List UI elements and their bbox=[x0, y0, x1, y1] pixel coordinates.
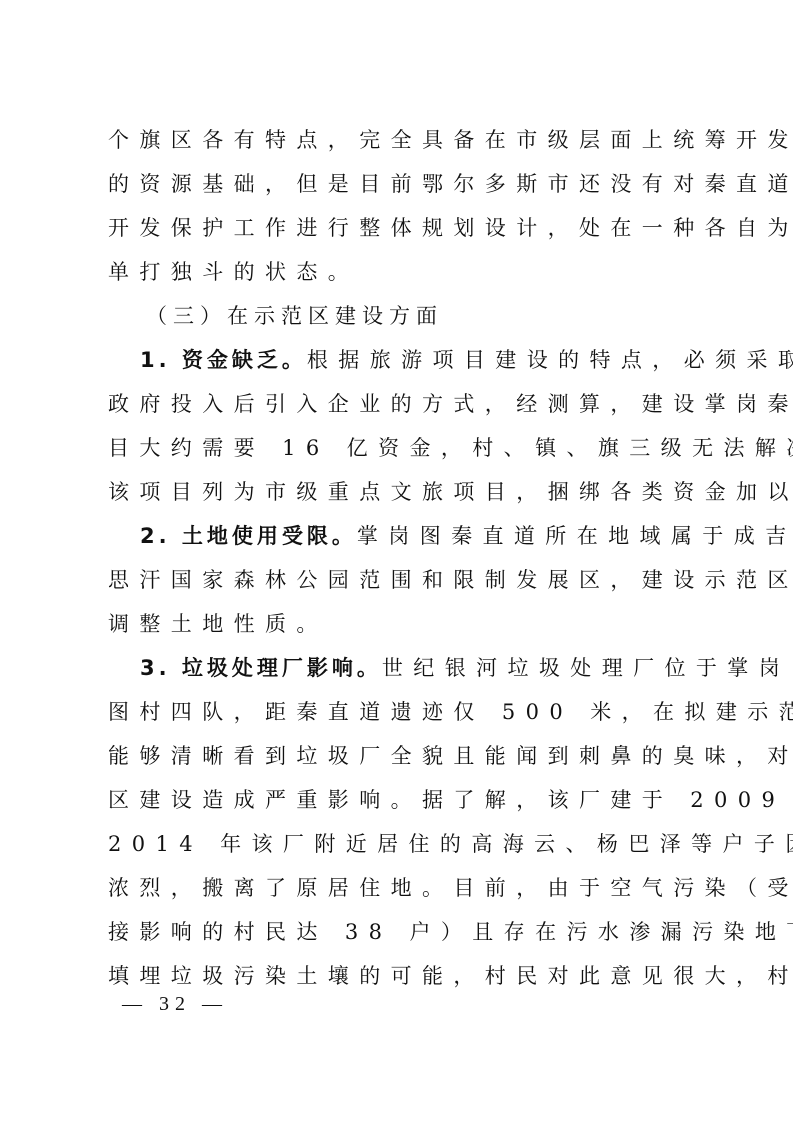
paragraph-line: 接影响的村民达 38 户）且存在污水渗漏污染地下水、 bbox=[108, 916, 692, 948]
paragraph-line: 图村四队，距秦直道遗迹仅 500 米，在拟建示范区地域 bbox=[108, 696, 692, 728]
section-heading: （三）在示范区建设方面 bbox=[146, 300, 443, 332]
item-2-first-line: 2. 土地使用受限。掌岗图秦直道所在地域属于成吉 bbox=[140, 520, 692, 552]
paragraph-line: 开发保护工作进行整体规划设计，处在一种各自为政、 bbox=[108, 212, 692, 244]
paragraph-line: 区建设造成严重影响。据了解，该厂建于 2009 年， bbox=[108, 784, 692, 816]
page-number: — 32 — bbox=[122, 990, 228, 1018]
item-3-text: 世纪银河垃圾处理厂位于掌岗 bbox=[382, 656, 790, 680]
paragraph-line: 政府投入后引入企业的方式，经测算，建设掌岗秦直道项 bbox=[108, 388, 692, 420]
paragraph-line: 单打独斗的状态。 bbox=[108, 256, 692, 288]
paragraph-line: 思汗国家森林公园范围和限制发展区，建设示范区需要 bbox=[108, 564, 692, 596]
item-1-first-line: 1. 资金缺乏。根据旅游项目建设的特点，必须采取先 bbox=[140, 344, 692, 376]
document-page: 个旗区各有特点，完全具备在市级层面上统筹开发建设 的资源基础，但是目前鄂尔多斯市… bbox=[0, 0, 793, 1123]
paragraph-line: 的资源基础，但是目前鄂尔多斯市还没有对秦直道遗址 bbox=[108, 168, 692, 200]
paragraph-line: 个旗区各有特点，完全具备在市级层面上统筹开发建设 bbox=[108, 124, 692, 156]
item-2-title: 2. 土地使用受限。 bbox=[140, 524, 357, 548]
item-1-title: 1. 资金缺乏。 bbox=[140, 348, 307, 372]
item-3-title: 3. 垃圾处理厂影响。 bbox=[140, 656, 382, 680]
item-3-first-line: 3. 垃圾处理厂影响。世纪银河垃圾处理厂位于掌岗 bbox=[140, 652, 692, 684]
paragraph-line: 能够清晰看到垃圾厂全貌且能闻到刺鼻的臭味，对示范 bbox=[108, 740, 692, 772]
paragraph-line: 该项目列为市级重点文旅项目，捆绑各类资金加以实施。 bbox=[108, 476, 692, 508]
paragraph-line: 调整土地性质。 bbox=[108, 608, 692, 640]
item-2-text: 掌岗图秦直道所在地域属于成吉 bbox=[357, 524, 793, 548]
paragraph-line: 目大约需要 16 亿资金，村、镇、旗三级无法解决，建议将 bbox=[108, 432, 692, 464]
paragraph-line: 2014 年该厂附近居住的高海云、杨巴泽等户子因为臭味 bbox=[108, 828, 692, 860]
paragraph-line: 浓烈，搬离了原居住地。目前，由于空气污染（受到直 bbox=[108, 872, 692, 904]
paragraph-line: 填埋垃圾污染土壤的可能，村民对此意见很大，村“两 bbox=[108, 960, 692, 992]
item-1-text: 根据旅游项目建设的特点，必须采取先 bbox=[307, 348, 793, 372]
